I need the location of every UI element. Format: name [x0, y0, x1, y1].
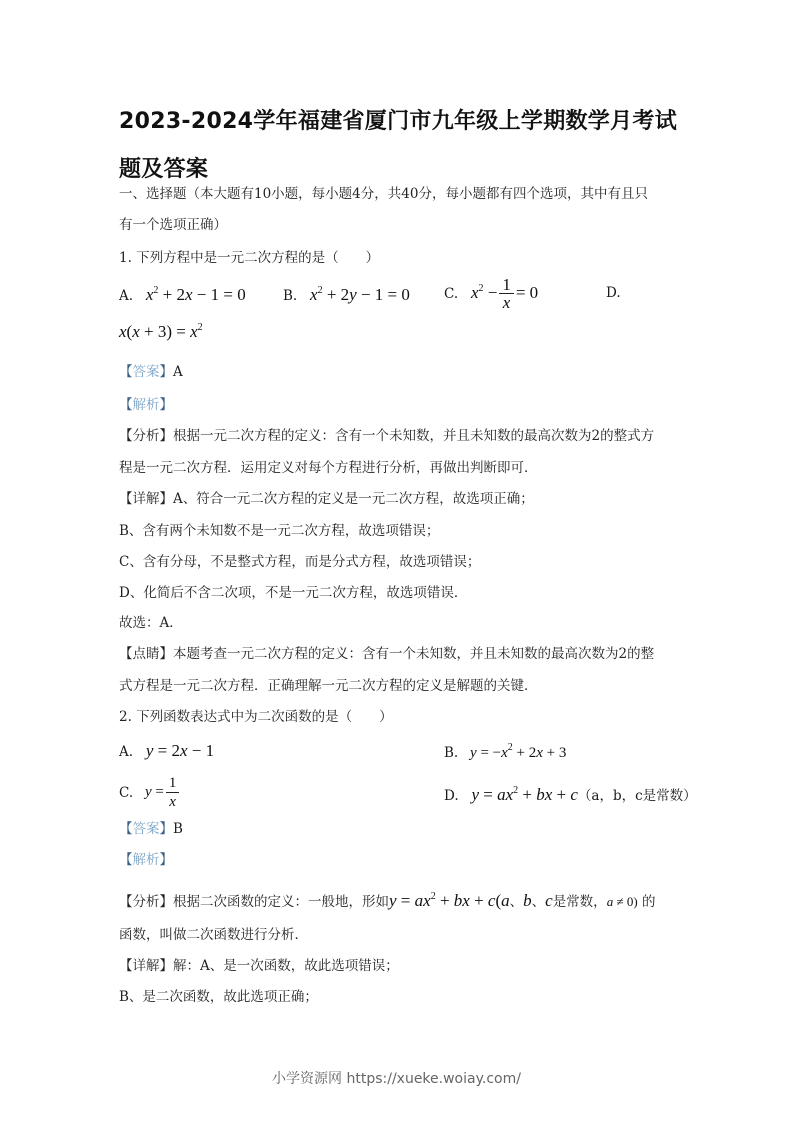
q2-stem: 2. 下列函数表达式中为二次函数的是（ ）: [119, 707, 393, 727]
q2-answer-value: B: [173, 821, 183, 837]
q2-option-d-formula: y = ax2 + bx + c: [463, 785, 578, 804]
q1-option-b-formula: x2 + 2y − 1 = 0: [302, 285, 410, 304]
q2-xiangjie-line1: 【详解】解：A、是一次函数，故此选项错误；: [119, 956, 399, 976]
q1-option-d-label: D.: [606, 285, 621, 301]
q1-option-d: D.: [606, 285, 621, 301]
q1-xiangjie-line2: B、含有两个未知数不是一元二次方程，故选项错误；: [119, 521, 439, 541]
q1-analysis-label: 解析: [133, 397, 160, 413]
q2-option-c-label: C.: [119, 785, 133, 801]
q1-xiangjie-line4: D、化简后不含二次项，不是一元二次方程，故选项错误．: [119, 583, 467, 603]
q1-option-d-formula-line: x(x + 3) = x2: [119, 322, 203, 342]
q1-option-b-label: B.: [283, 288, 297, 304]
q2-analysis-label: 解析: [133, 852, 160, 868]
page-footer-watermark: 小学资源网 https://xueke.woiay.com/: [0, 1068, 793, 1088]
section-heading-line1: 一、选择题（本大题有10小题，每小题4分，共40分，每小题都有四个选项，其中有且…: [119, 184, 648, 204]
q1-fenxi-line2: 程是一元二次方程．运用定义对每个方程进行分析，再做出判断即可．: [119, 458, 538, 478]
q2-fenxi-line1: 【分析】根据二次函数的定义：一般地，形如y = ax2 + bx + c(a、b…: [119, 887, 655, 912]
q1-xiangjie-label: 详解: [133, 491, 160, 507]
q2-option-a-formula: y = 2x − 1: [137, 741, 214, 760]
q2-answer-label: 答案: [133, 821, 160, 837]
q1-option-c-label: C.: [444, 286, 458, 302]
q2-fenxi-formula: y = ax2 + bx + c(a: [389, 891, 510, 910]
q1-xiangjie-line3: C、含有分母，不是整式方程，而是分式方程，故选项错误；: [119, 552, 480, 572]
q1-option-c: C. x2 −1x= 0: [444, 276, 538, 312]
q2-fenxi-label: 分析: [133, 894, 160, 910]
q2-option-a: A. y = 2x − 1: [119, 741, 214, 761]
q1-option-a-label: A.: [119, 288, 133, 304]
q1-option-c-formula: x2 −1x= 0: [462, 283, 538, 302]
q2-option-b-formula: y = −x2 + 2x + 3: [463, 745, 567, 761]
q2-option-d-note: （a，b，c是常数）: [578, 788, 697, 804]
q2-option-c-formula: y =1x: [137, 784, 181, 800]
q1-dianjing-label: 点睛: [133, 646, 160, 662]
q2-option-b-label: B.: [444, 745, 458, 761]
q1-fenxi-label: 分析: [133, 428, 160, 444]
q1-option-b: B. x2 + 2y − 1 = 0: [283, 285, 410, 305]
q2-option-d: D. y = ax2 + bx + c（a，b，c是常数）: [444, 784, 697, 805]
q2-xiangjie-line2: B、是二次函数，故此选项正确；: [119, 987, 318, 1007]
q1-answer-value: A: [173, 364, 183, 380]
q1-answer-label: 答案: [133, 364, 160, 380]
q2-answer: 【答案】B: [119, 819, 183, 839]
document-page: 2023-2024学年福建省厦门市九年级上学期数学月考试题及答案 一、选择题（本…: [0, 0, 793, 1122]
q2-xiangjie-label: 详解: [133, 958, 160, 974]
q2-option-b: B. y = −x2 + 2x + 3: [444, 742, 566, 762]
q1-dianjing-line2: 式方程是一元二次方程．正确理解一元二次方程的定义是解题的关键．: [119, 676, 538, 696]
q2-fenxi-line2: 函数，叫做二次函数进行分析．: [119, 925, 308, 945]
q2-analysis-heading: 【解析】: [119, 850, 173, 870]
q1-option-a: A. x2 + 2x − 1 = 0: [119, 285, 246, 305]
q2-option-a-label: A.: [119, 744, 133, 760]
q1-answer: 【答案】A: [119, 362, 183, 382]
q1-stem: 1. 下列方程中是一元二次方程的是（ ）: [119, 248, 379, 268]
document-title: 2023-2024学年福建省厦门市九年级上学期数学月考试题及答案: [119, 98, 679, 194]
q1-choice: 故选：A．: [119, 613, 183, 633]
section-heading-line2: 有一个选项正确）: [119, 215, 227, 235]
q1-analysis-heading: 【解析】: [119, 395, 173, 415]
q1-fenxi-line1: 【分析】根据一元二次方程的定义：含有一个未知数，并且未知数的最高次数为2的整式方: [119, 426, 654, 446]
q1-option-d-formula: x(x + 3) = x2: [119, 322, 203, 341]
q1-dianjing-line1: 【点睛】本题考查一元二次方程的定义：含有一个未知数，并且未知数的最高次数为2的整: [119, 644, 654, 664]
q1-xiangjie-line1: 【详解】A、符合一元二次方程的定义是一元二次方程，故选项正确；: [119, 489, 534, 509]
q2-option-d-label: D.: [444, 788, 459, 804]
q1-option-a-formula: x2 + 2x − 1 = 0: [137, 285, 245, 304]
q2-option-c: C. y =1x: [119, 775, 181, 811]
